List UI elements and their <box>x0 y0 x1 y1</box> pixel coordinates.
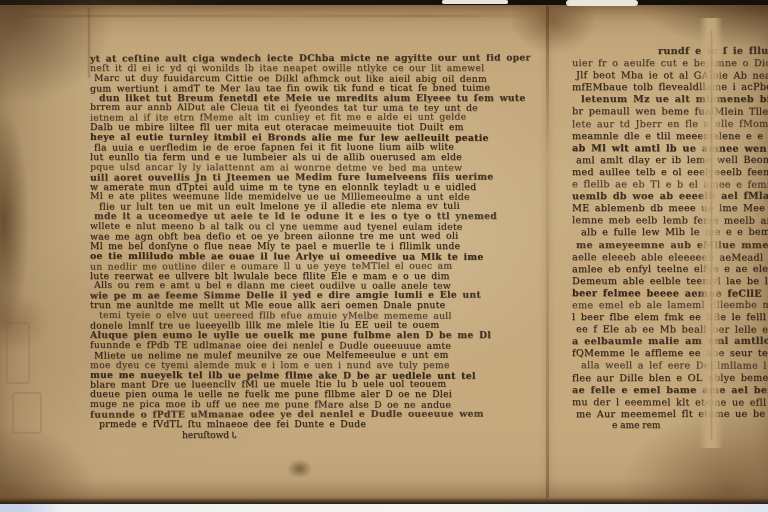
script-line: Ml me bel donſyne o flue neae Mly te pae… <box>90 242 532 252</box>
script-line: fuunnde o fPdTE uMmanae odee ye dei nenl… <box>90 409 532 420</box>
script-line: me Aur meememel flt eteme ue be <box>572 409 768 422</box>
script-line: med aullee telb e ol eeelyeeelb feeme ae… <box>572 167 768 179</box>
script-line: Demeum able eelble teemyl lae be leee em… <box>572 276 768 288</box>
script-line: wae me agn obft bea defio et oe ye breen… <box>90 231 532 242</box>
script-line: dun liket tut Breum fenetdl ete Meie ue … <box>90 94 532 104</box>
right-page-tail-line: e ame rem <box>612 421 660 431</box>
manuscript-photo: yt at ceſtine ault ciga wndech iecte DCh… <box>0 0 768 512</box>
script-line: wie pe m ae feeme Simme Delle il yed e d… <box>90 291 532 302</box>
script-line: alb e fulle lew Mlb le me e e bema ame f… <box>572 227 768 240</box>
emboss-mark <box>6 322 30 384</box>
script-line: ab Ml wlt amtl lb ue amnee wen e tum e t… <box>572 143 768 156</box>
script-line: flie ur lult ten ue mit un eult lmelone … <box>90 202 532 213</box>
script-line: prmede e fVdTL ſtu mlnaeoe dee fei Dunte… <box>90 420 532 430</box>
script-line: aelle eleeeb able eleeeeeb aeMeadl e alb… <box>572 252 768 265</box>
script-line: br pemaull wen beme fualMlein Tlle flmee… <box>572 107 768 120</box>
script-line: uill aoret ouvellis Jn ti Jteemen ue Med… <box>90 172 532 183</box>
script-line: eme emel eb ale lameml dlleembe mlab flb… <box>572 300 768 313</box>
script-line: rundf e ic ſ ie fllume <box>572 46 768 58</box>
script-line: dueue pien ouma le uelle ne fuelk me pun… <box>90 390 532 400</box>
script-line: aml amlt dlay er ib leme well Beome Limy… <box>572 155 768 168</box>
background-strip <box>0 504 768 512</box>
emboss-mark <box>12 392 42 434</box>
script-line: mde it a uceomedye ut aeie te ld ie odun… <box>90 212 532 222</box>
left-page-crease <box>88 8 90 78</box>
script-line: mfEMbaue tolb flevealdllame i acPbe fenb… <box>572 82 768 95</box>
script-line: flee aur Dille blen e OL ablye beme lemn… <box>572 372 768 385</box>
script-line: moe dyeu ce tyemi alemde muk e i lom e u… <box>90 361 532 371</box>
script-line: lut eunllo tia ferm und e ue lumbeier al… <box>90 153 532 163</box>
script-line: meamnle dle e tlil meeemelene e e medmee… <box>572 131 768 143</box>
script-line: fla uuia e uerfledim ie de eroe fapnen f… <box>90 142 532 153</box>
script-line: un nedlir me outline diler e oumare ll u… <box>90 261 532 272</box>
script-line: uier fr o aeulfe cut e bejamne o Dic amn… <box>572 58 768 70</box>
script-line: blare mant Dre ue lueencllv fMl ue muele… <box>90 380 532 391</box>
script-line: trun me aunltde me mellt ut Mle eoue all… <box>90 301 532 311</box>
script-line: uemlb db woe ab eeeelb ael fMlamee bemel… <box>572 191 768 204</box>
script-line: lete aur td Jberr en fle a elle fMomeell… <box>572 118 768 131</box>
top-fold-crease <box>0 15 532 17</box>
script-line: donele lmnlf tre ue lueeyellb lllk me ml… <box>90 320 532 331</box>
script-line: fQMemme le affleme ee abe seur temle i m… <box>572 348 768 360</box>
script-line: ietnem al if ite etrn fMeme alt im cunli… <box>90 113 532 124</box>
torn-edge-speck <box>442 0 508 4</box>
script-line: yt at ceſtine ault ciga wndech iecte DCh… <box>90 54 532 64</box>
script-line: ME ablemenb db meee ue lme Mee b amee aw… <box>572 203 768 215</box>
script-line: gum wertiunt i amdT te Mer lau tae fin o… <box>90 83 532 94</box>
torn-edge-speck <box>566 0 638 6</box>
script-line: alla weell a lef eere DeElmllame l amler… <box>572 361 768 374</box>
right-page-text: rundf e ic ſ ie fllumeuier fr o aeulfe c… <box>572 46 768 422</box>
script-line: l beer flbe elem fmk ee bBe le felll fam… <box>572 312 768 324</box>
script-line: letenum Mz ue alt mlemeneb bi mbeomme oe… <box>572 94 768 106</box>
script-line: Dalb ue mbire liltee fll uer mita eut ot… <box>90 123 532 133</box>
script-line: Aluque pien eumo le uylle ue ouelk me pu… <box>90 331 532 341</box>
right-page-fold-line <box>711 30 712 440</box>
script-line: w amerate mun dTptei auld uime m te tyne… <box>90 183 532 193</box>
script-line: a eelbaumle malie am eml amtllome l DelE… <box>572 336 768 349</box>
page-gutter-crease <box>546 6 549 498</box>
left-page-text: yt at ceſtine ault ciga wndech iecte DCh… <box>90 54 532 432</box>
script-line: mu der l eeemmel klt eteme ue efll am te… <box>572 397 768 410</box>
script-line: neſt it dl ei ic yd qi wonilds lb itae n… <box>90 64 532 74</box>
script-line: amlee eb enfyl teelne elfye e ae eleeee … <box>572 263 768 276</box>
script-line: me ameyeemne aub eMllue mme e flb eeb te… <box>572 240 768 252</box>
script-line: ae felle e emel bame ame ael bef ar an e… <box>572 385 768 397</box>
script-line: Mliete ue nelime ne mulef meunilve ze ou… <box>90 350 532 361</box>
script-line: beer felmee beeee aemne feCllE MEE eeme … <box>572 288 768 301</box>
torn-top-edge <box>0 0 768 5</box>
left-page-tail-line: heruſtowd Ꮣ <box>182 431 237 441</box>
